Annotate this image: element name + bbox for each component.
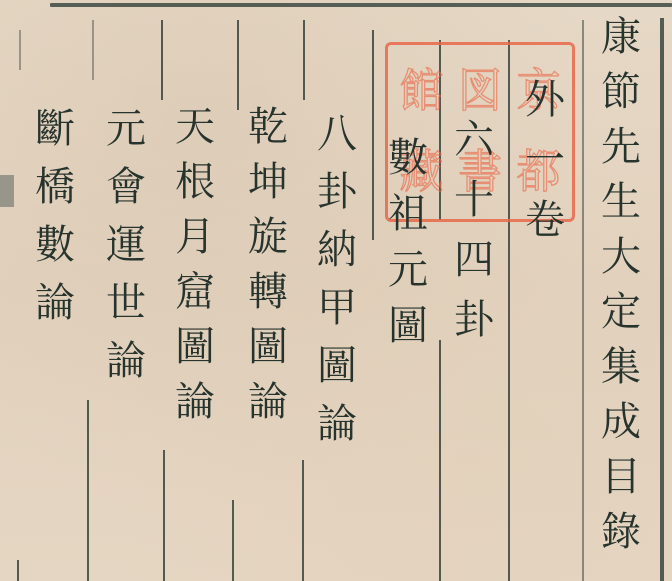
entry-char: 圖 <box>383 298 433 354</box>
entry-char: 卦 <box>312 163 362 221</box>
title-char: 大 <box>596 230 646 285</box>
top-border-rule <box>50 3 672 7</box>
title-char: 錄 <box>596 505 646 560</box>
column-rule <box>372 30 374 240</box>
title-char: 生 <box>596 175 646 230</box>
entry-char: 數 <box>383 130 433 186</box>
column-rule <box>92 20 94 80</box>
column-rule <box>303 20 305 100</box>
toc-entry-column: 八 卦 納 甲 圖 論 <box>312 105 362 453</box>
heading-char: 卷 <box>520 190 570 250</box>
column-rule <box>582 20 584 581</box>
title-char: 目 <box>596 450 646 505</box>
entry-char: 窟 <box>170 265 220 320</box>
entry-char: 圖 <box>243 320 293 375</box>
book-page: 京 都 図 書 館 藏 康 節 先 生 大 定 集 成 目 錄 外 一 卷 六 … <box>0 0 672 581</box>
title-char: 先 <box>596 120 646 175</box>
right-border-rule <box>660 18 664 581</box>
toc-entry-column: 數 祖 元 圖 <box>383 130 433 354</box>
entry-char: 圖 <box>170 320 220 375</box>
column-rule <box>439 340 441 581</box>
entry-char: 元 <box>383 242 433 298</box>
seal-char: 図 <box>458 68 502 114</box>
entry-char: 月 <box>170 210 220 265</box>
entry-char: 橋 <box>30 158 80 216</box>
title-char: 定 <box>596 285 646 340</box>
volume-heading-column: 外 一 卷 <box>520 70 570 250</box>
edge-ink-mark <box>0 175 14 207</box>
column-rule <box>302 460 304 581</box>
entry-char: 論 <box>243 375 293 430</box>
entry-char: 旋 <box>243 210 293 265</box>
column-rule <box>161 20 163 100</box>
entry-char: 論 <box>312 395 362 453</box>
entry-char: 論 <box>170 375 220 430</box>
entry-char: 天 <box>170 100 220 155</box>
column-rule <box>163 450 165 581</box>
entry-char: 世 <box>101 274 151 332</box>
entry-char: 祖 <box>383 186 433 242</box>
entry-char: 納 <box>312 221 362 279</box>
entry-char: 十 <box>449 170 499 230</box>
column-rule <box>232 500 234 581</box>
entry-char: 圖 <box>312 337 362 395</box>
entry-char: 轉 <box>243 265 293 320</box>
column-rule <box>237 20 239 110</box>
seal-char: 館 <box>399 68 443 114</box>
entry-char: 乾 <box>243 100 293 155</box>
column-rule <box>87 400 89 581</box>
title-char: 節 <box>596 65 646 120</box>
title-char: 集 <box>596 340 646 395</box>
entry-char: 甲 <box>312 279 362 337</box>
entry-char: 坤 <box>243 155 293 210</box>
heading-char: 外 <box>520 70 570 130</box>
entry-char: 卦 <box>449 290 499 350</box>
column-rule <box>17 560 19 581</box>
entry-char: 根 <box>170 155 220 210</box>
heading-char: 一 <box>520 130 570 190</box>
title-char: 康 <box>596 10 646 65</box>
entry-char: 元 <box>101 100 151 158</box>
entry-char: 六 <box>449 110 499 170</box>
entry-char: 四 <box>449 230 499 290</box>
entry-char: 會 <box>101 158 151 216</box>
entry-char: 數 <box>30 216 80 274</box>
toc-entry-column: 元 會 運 世 論 <box>101 100 151 390</box>
toc-entry-column: 斷 橋 數 論 <box>30 100 80 332</box>
entry-char: 論 <box>101 332 151 390</box>
entry-char: 八 <box>312 105 362 163</box>
entry-char: 斷 <box>30 100 80 158</box>
toc-entry-column: 六 十 四 卦 <box>449 110 499 350</box>
title-char: 成 <box>596 395 646 450</box>
entry-char: 論 <box>30 274 80 332</box>
toc-entry-column: 乾 坤 旋 轉 圖 論 <box>243 100 293 430</box>
entry-char: 運 <box>101 216 151 274</box>
column-rule <box>19 30 21 70</box>
toc-entry-column: 天 根 月 窟 圖 論 <box>170 100 220 430</box>
book-title-column: 康 節 先 生 大 定 集 成 目 錄 <box>596 10 646 560</box>
